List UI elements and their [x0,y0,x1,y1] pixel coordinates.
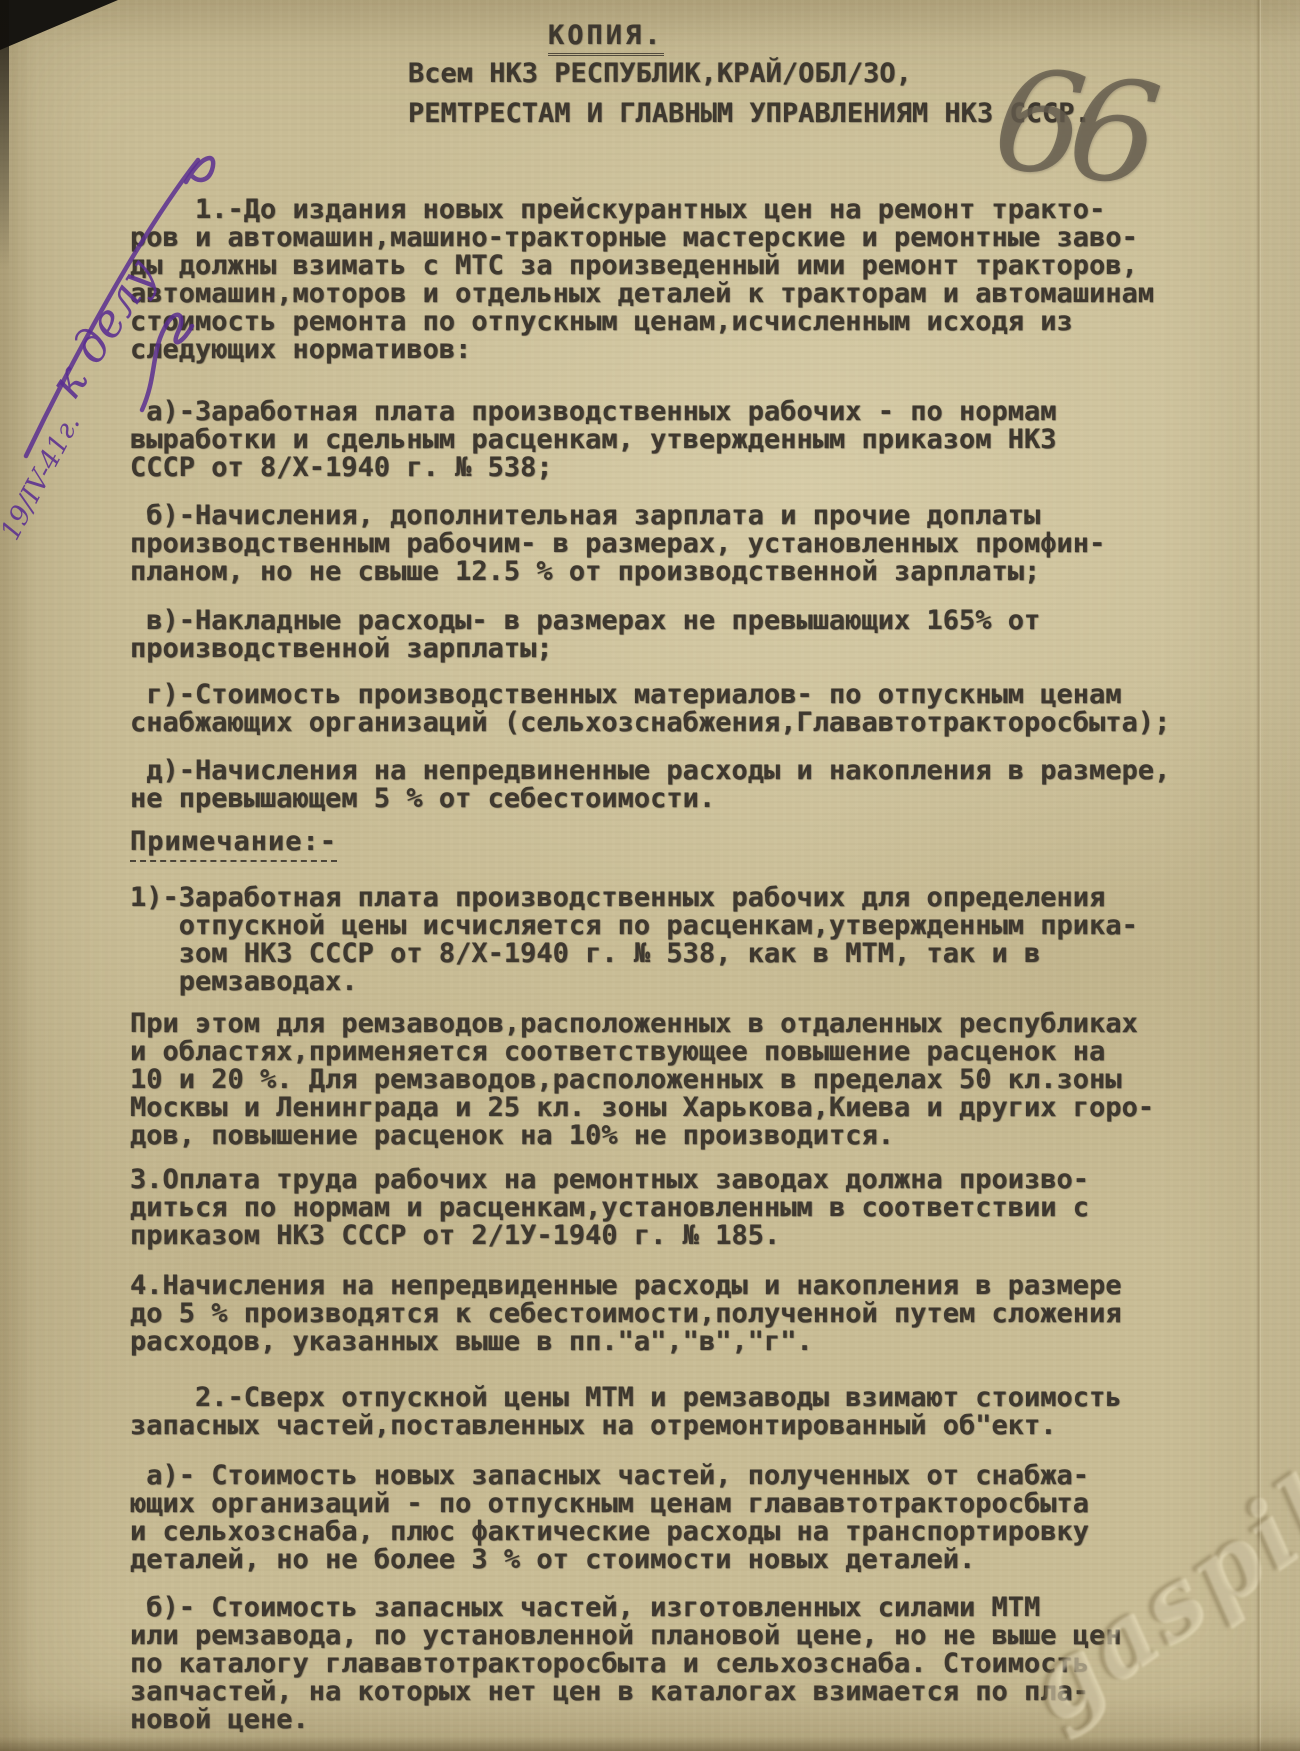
recipients-line-1: Всем НКЗ РЕСПУБЛИК,КРАЙ/ОБЛ/ЗО, [408,60,912,88]
recipients-line-2: РЕМТРЕСТАМ И ГЛАВНЫМ УПРАВЛЕНИЯМ НКЗ ССС… [408,100,1091,128]
scanned-document-page: КОПИЯ. Всем НКЗ РЕСПУБЛИК,КРАЙ/ОБЛ/ЗО, Р… [0,0,1300,1751]
margin-ink-annotation: к делу 19/IV-41г. [0,64,320,564]
note-4: 4.Начисления на непредвиденные расходы и… [130,1272,1122,1356]
paper-crease-line [1256,0,1261,1751]
item-v: в)-Накладные расходы- в размерах не прев… [130,607,1040,663]
scan-left-edge-shadow [0,0,9,270]
note-heading: Примечание:- [130,828,337,862]
paragraph-2: 2.-Сверх отпускной цены МТМ и ремзаводы … [130,1384,1122,1440]
note-3: 3.Оплата труда рабочих на ремонтных заво… [130,1166,1089,1250]
scan-bottom-edge-shadow [0,1737,1300,1751]
copy-label: КОПИЯ. [548,22,664,56]
handwritten-page-number: 66 [987,49,1153,206]
margin-date-text: 19/IV-41г. [0,410,86,545]
item-2a: а)- Стоимость новых запасных частей, пол… [130,1462,1089,1574]
item-g: г)-Стоимость производственных материалов… [130,681,1170,737]
note-2: При этом для ремзаводов,расположенных в … [130,1010,1154,1150]
item-2b: б)- Стоимость запасных частей, изготовле… [130,1594,1122,1734]
item-d: д)-Начисления на непредвиненные расходы … [130,757,1170,813]
note-1: 1)-Заработная плата производственных раб… [130,884,1138,996]
ink-signature-squiggle [142,315,192,410]
